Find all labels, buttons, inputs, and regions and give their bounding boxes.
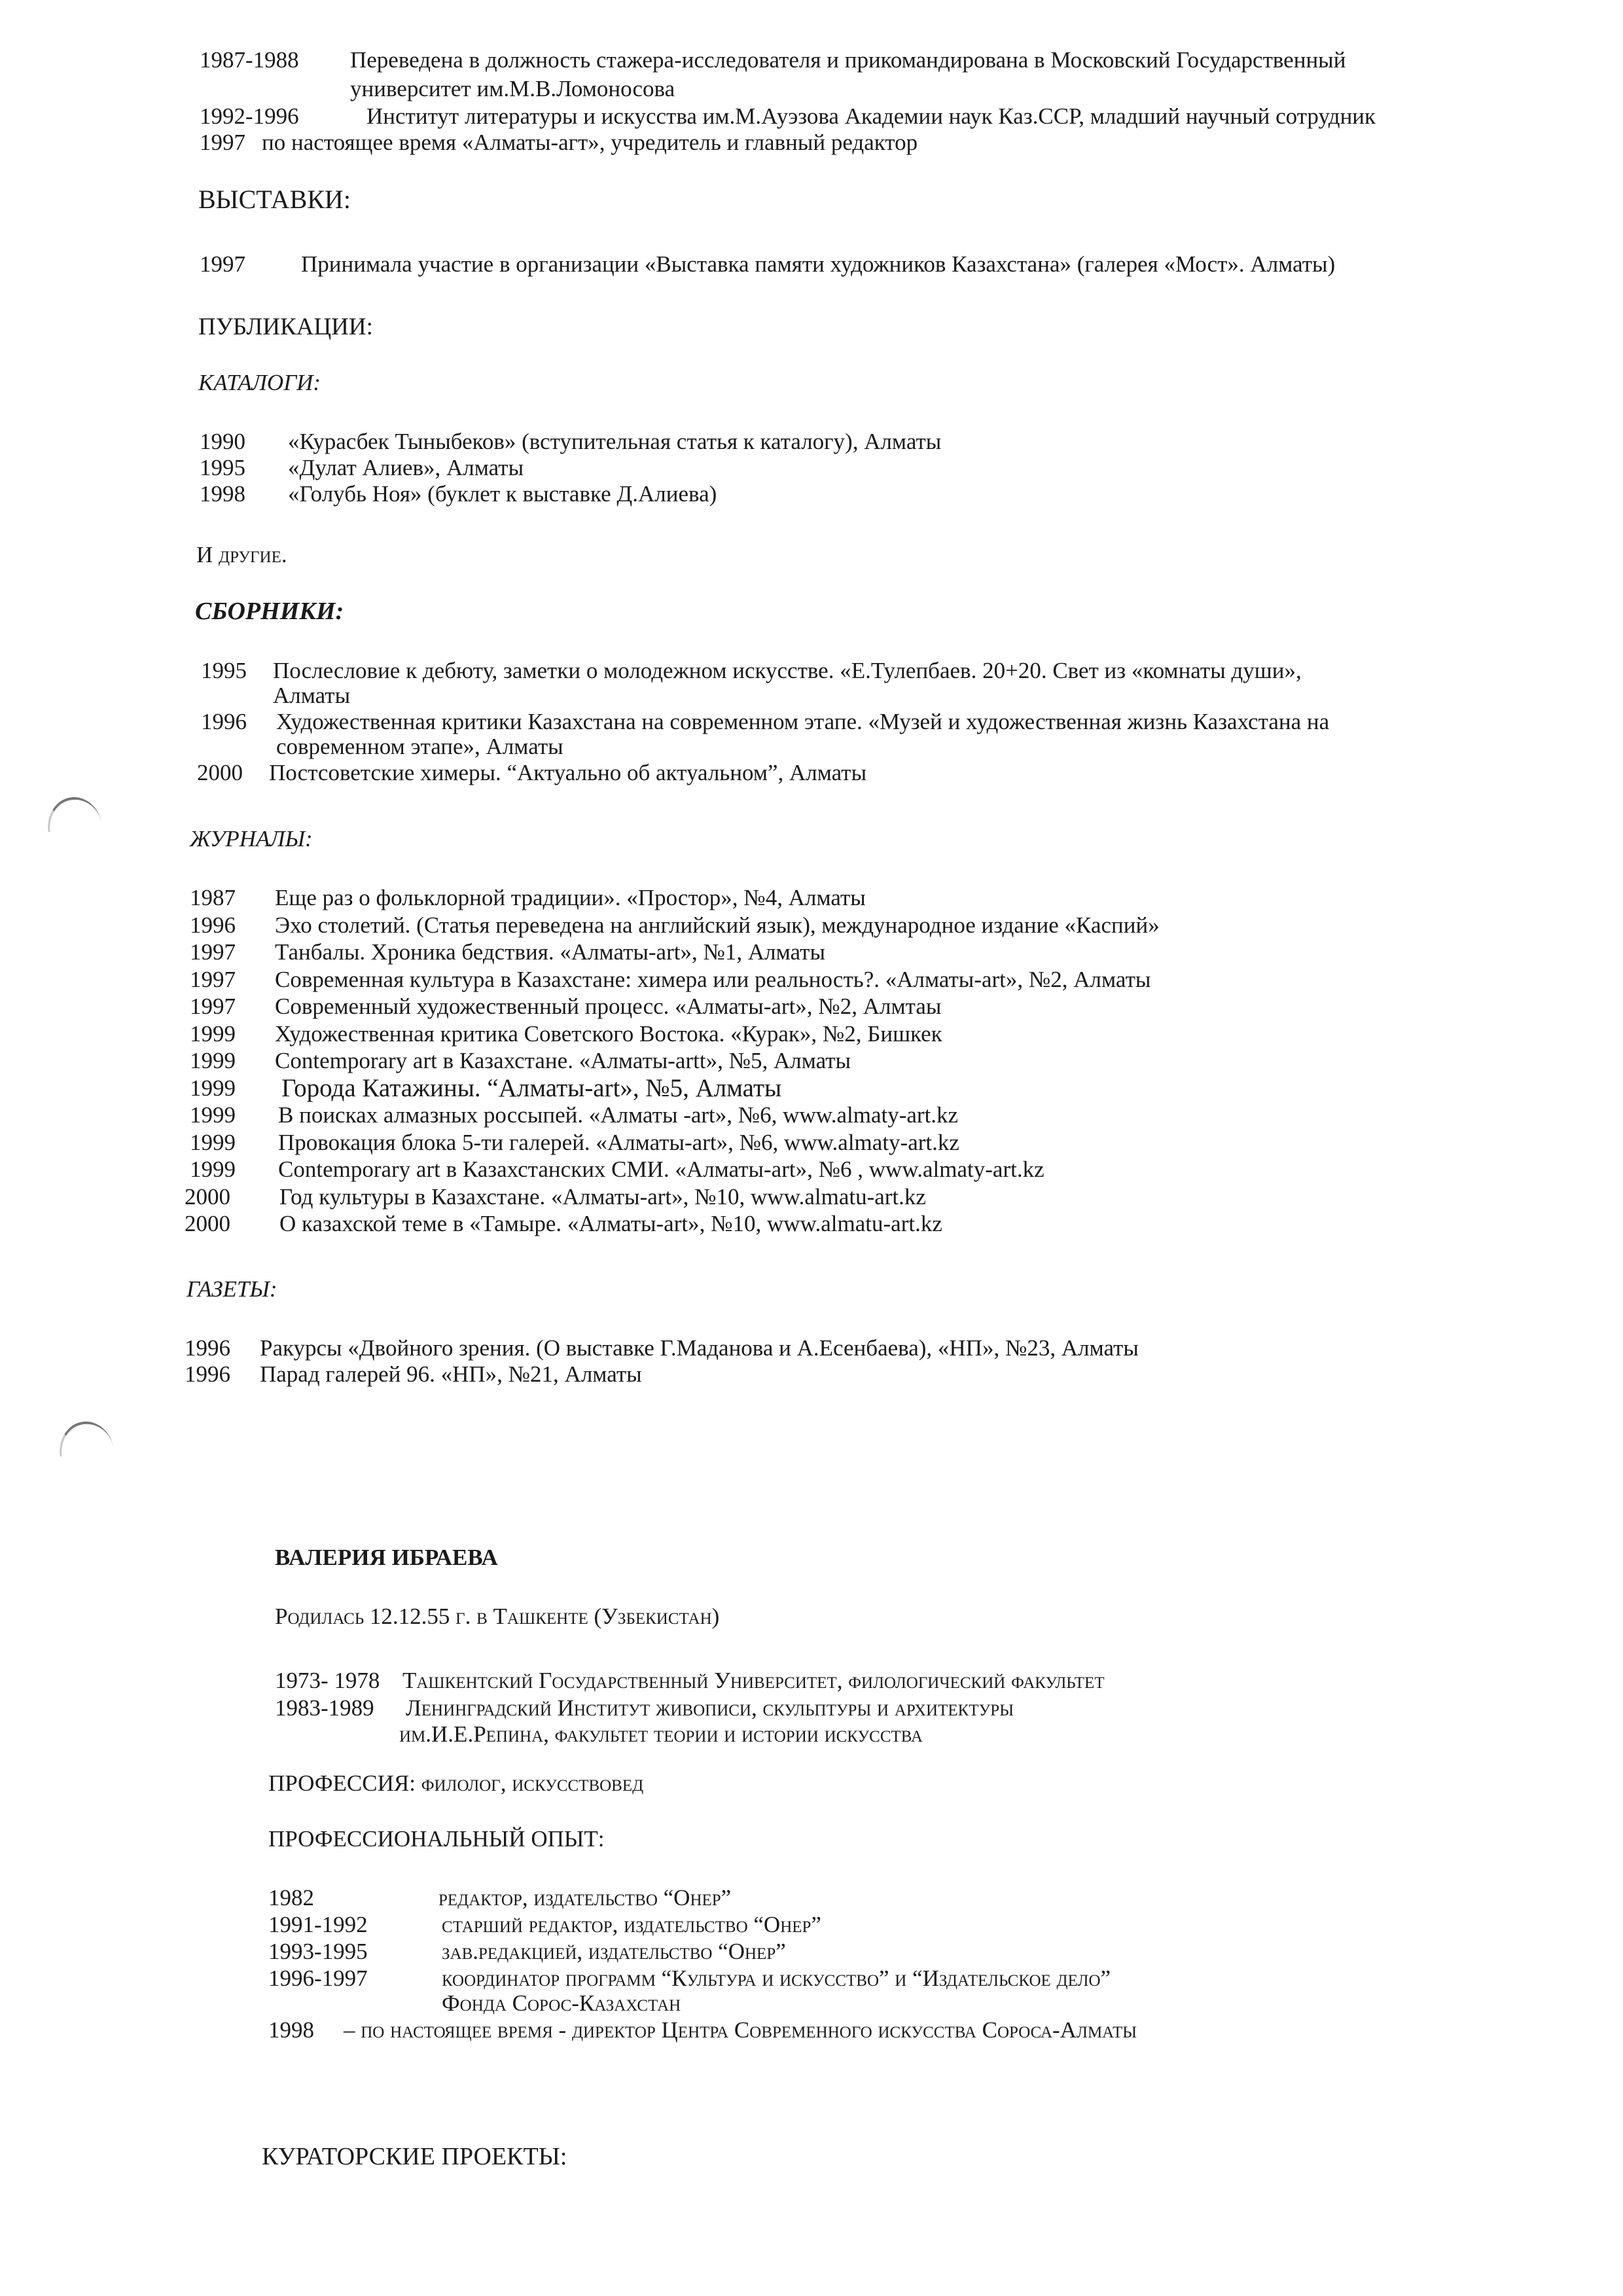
education-entry-cont: им.И.Е.Репина, факультет теории и истори… (399, 1721, 923, 1748)
person-name: ВАЛЕРИЯ ИБРАЕВА (275, 1545, 498, 1571)
hole-punch-mark (44, 793, 102, 832)
entry-text: Год культуры в Казахстане. «Алматы-art»,… (279, 1184, 926, 1210)
entry-year: 1982 (268, 1885, 314, 1911)
entry-text: Еще раз о фольклорной традиции». «Просто… (275, 885, 866, 911)
profession-line: ПРОФЕССИЯ: филолог, искусствовед (268, 1770, 643, 1797)
entry-year: 1999 (190, 1130, 236, 1156)
entry-text: «Голубь Ноя» (буклет к выставке Д.Алиева… (288, 481, 717, 507)
entry-text: Современный художественный процесс. «Алм… (275, 994, 941, 1020)
entry-year: 1993-1995 (268, 1939, 368, 1965)
entry-text: Ракурсы «Двойного зрения. (О выставке Г.… (260, 1335, 1139, 1361)
entry-text: «Дулат Алиев», Алматы (288, 455, 524, 481)
entry-year: 2000 (185, 1211, 230, 1237)
entry-text: Художественная критики Казахстана на сов… (276, 709, 1329, 735)
entry-year: 1990 (200, 429, 245, 455)
entry-text: Постсоветские химеры. “Актуально об акту… (269, 760, 866, 786)
entry-text: Современная культура в Казахстане: химер… (275, 967, 1150, 993)
collection-entry-cont: Алматы (273, 683, 350, 709)
entry-text: зав.редакцией, издательство “Онер” (442, 1939, 786, 1965)
entry-text: Города Катажины. “Алматы-art», №5, Алмат… (281, 1075, 781, 1102)
entry-text: Contemporary art в Казахстане. «Алматы-a… (275, 1048, 851, 1074)
collection-entry-cont: современном этапе», Алматы (276, 734, 563, 760)
entry-year: 1996 (201, 709, 247, 735)
entry-year: 2000 (185, 1184, 230, 1210)
profession-label: ПРОФЕССИЯ: (268, 1770, 416, 1796)
entry-year: 1998 (268, 2017, 314, 2043)
entry-year: 1999 (190, 1021, 236, 1047)
catalogs-heading: КАТАЛОГИ: (198, 370, 321, 396)
entry-year: 2000 (197, 760, 243, 786)
entry-text: Художественная критика Советского Восток… (275, 1021, 942, 1047)
entry-text: Contemporary art в Казахстанских СМИ. «А… (278, 1157, 1044, 1183)
entry-year: 1998 (200, 481, 245, 507)
entry-text: Провокация блока 5-ти галерей. «Алматы-a… (278, 1130, 959, 1156)
entry-text: Танбалы. Хроника бедствия. «Алматы-art»,… (275, 939, 825, 965)
curatorial-heading: КУРАТОРСКИЕ ПРОЕКТЫ: (262, 2144, 567, 2170)
entry-year: 1996 (190, 912, 236, 939)
newspapers-heading: ГАЗЕТЫ: (187, 1276, 277, 1302)
collections-heading: СБОРНИКИ: (195, 598, 344, 624)
entry-text: О казахской теме в «Тамыре. «Алматы-art»… (279, 1211, 942, 1237)
entry-text: «Курасбек Тыныбеков» (вступительная стат… (288, 429, 941, 455)
entry-text: В поисках алмазных россыпей. «Алматы -ar… (278, 1102, 958, 1128)
entry-text: – по настоящее время - директор Центра С… (344, 2017, 1137, 2043)
exhibitions-heading: ВЫСТАВКИ: (198, 185, 351, 215)
hole-punch-mark (56, 1418, 114, 1456)
entry-year: 1996-1997 (268, 1965, 368, 1992)
entry-year: 1997 (190, 939, 236, 965)
entry-year: 1996 (185, 1361, 230, 1388)
entry-year: 1995 (200, 455, 245, 481)
birth-info: Родилась 12.12.55 г. в Ташкенте (Узбекис… (275, 1604, 719, 1630)
entry-year: 1997 (190, 967, 236, 993)
profession-value: филолог, искусствовед (421, 1770, 644, 1796)
entry-year: 1999 (190, 1102, 236, 1128)
entry-year: 1997 (190, 994, 236, 1020)
journals-heading: ЖУРНАЛЫ: (190, 826, 313, 852)
entry-year: 1991-1992 (268, 1912, 368, 1938)
experience-entry-cont: Фонда Сорос-Казахстан (442, 1990, 681, 2017)
publications-heading: ПУБЛИКАЦИИ: (198, 314, 373, 340)
entry-text: координатор программ “Культура и искусст… (442, 1965, 1111, 1992)
career-entry-cont: университет им.М.В.Ломоносова (350, 76, 675, 102)
entry-year: 1996 (185, 1335, 230, 1361)
entry-text: старший редактор, издательство “Онер” (442, 1912, 821, 1938)
entry-year: 1995 (201, 658, 247, 684)
experience-heading: ПРОФЕССИОНАЛЬНЫЙ ОПЫТ: (268, 1826, 605, 1852)
entry-year: 1999 (190, 1075, 236, 1102)
entry-text: Парад галерей 96. «НП», №21, Алматы (260, 1361, 642, 1388)
entry-text: редактор, издательство “Онер” (438, 1885, 731, 1911)
catalogs-others-note: И другие. (196, 542, 287, 568)
entry-year: 1999 (190, 1048, 236, 1074)
entry-text: Эхо столетий. (Статья переведена на англ… (275, 912, 1160, 939)
entry-year: 1999 (190, 1157, 236, 1183)
entry-text: Послесловие к дебюту, заметки о молодежн… (273, 658, 1302, 684)
entry-year: 1987 (190, 885, 236, 911)
